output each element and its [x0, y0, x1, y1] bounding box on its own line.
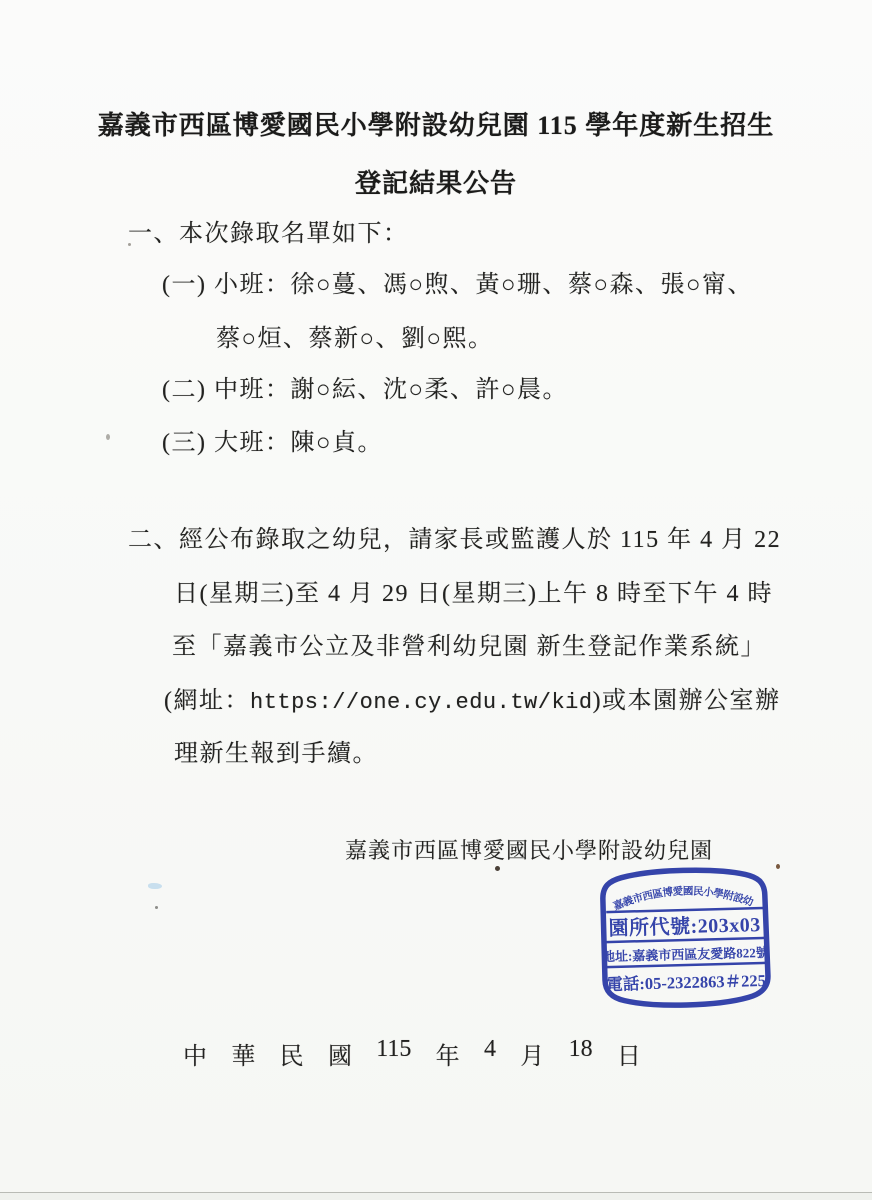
stamp-phone-row: 電話:05-2322863＃225	[606, 970, 766, 994]
stamp-code-row: 園所代號:203x03	[608, 912, 761, 940]
scan-speck	[495, 866, 500, 871]
stamp-address-row: 地址:嘉義市西區友愛路822號	[602, 945, 769, 964]
section2-line-4: (網址：https://one.cy.edu.tw/kid)或本園辦公室辦	[164, 680, 781, 715]
section1-item-small-class-line1: (一) 小班：徐○蔓、馮○煦、黃○珊、蔡○森、張○甯、	[162, 264, 753, 299]
date-line: 中 華 民 國 115 年 4 月 18 日	[183, 1036, 641, 1071]
signature-school-name: 嘉義市西區博愛國民小學附設幼兒園	[345, 834, 713, 865]
section2-line-1: 二、經公布錄取之幼兒，請家長或監護人於 115 年 4 月 22	[128, 519, 781, 554]
official-school-stamp: 嘉義市西區博愛國民小學附設幼兒園 園所代號:203x03 地址:嘉義市西區友愛路…	[596, 864, 776, 1019]
section2-line-2: 日(星期三)至 4 月 29 日(星期三)上午 8 時至下午 4 時	[174, 573, 773, 608]
date-token: 115	[376, 1036, 411, 1071]
date-token: 中	[183, 1036, 207, 1071]
scan-speck	[128, 243, 131, 246]
date-token: 民	[280, 1036, 304, 1071]
date-token: 年	[436, 1036, 460, 1071]
date-token: 18	[569, 1036, 593, 1071]
section2-line-3: 至「嘉義市公立及非營利幼兒園 新生登記作業系統」	[172, 626, 766, 661]
date-token: 華	[231, 1036, 255, 1071]
document-title-line-2: 登記結果公告	[0, 163, 872, 200]
section1-item-small-class-line2: 蔡○烜、蔡新○、劉○熙。	[216, 318, 494, 353]
section1-item-big-class: (三) 大班：陳○貞。	[162, 422, 383, 457]
scan-smudge	[148, 883, 162, 889]
date-token: 4	[484, 1036, 496, 1071]
date-token: 月	[520, 1036, 544, 1071]
section1-heading: 一、本次錄取名單如下：	[128, 213, 409, 248]
scan-speck	[776, 864, 780, 869]
section2-line-4-prefix: (網址：	[164, 688, 250, 714]
scan-speck	[106, 434, 110, 440]
scanner-background-strip	[0, 1193, 872, 1200]
registration-url-text: https://one.cy.edu.tw/kid	[250, 690, 593, 715]
section1-item-middle-class: (二) 中班：謝○紜、沈○柔、許○晨。	[162, 369, 568, 404]
scanned-document-page: 嘉義市西區博愛國民小學附設幼兒園 115 學年度新生招生 登記結果公告 一、本次…	[0, 0, 872, 1200]
document-title-line-1: 嘉義市西區博愛國民小學附設幼兒園 115 學年度新生招生	[0, 105, 872, 142]
scan-speck	[155, 906, 158, 909]
date-token: 國	[328, 1036, 352, 1071]
date-token: 日	[617, 1036, 641, 1071]
section2-line-5: 理新生報到手續。	[174, 733, 378, 768]
section2-line-4-suffix: )或本園辦公室辦	[593, 688, 781, 714]
